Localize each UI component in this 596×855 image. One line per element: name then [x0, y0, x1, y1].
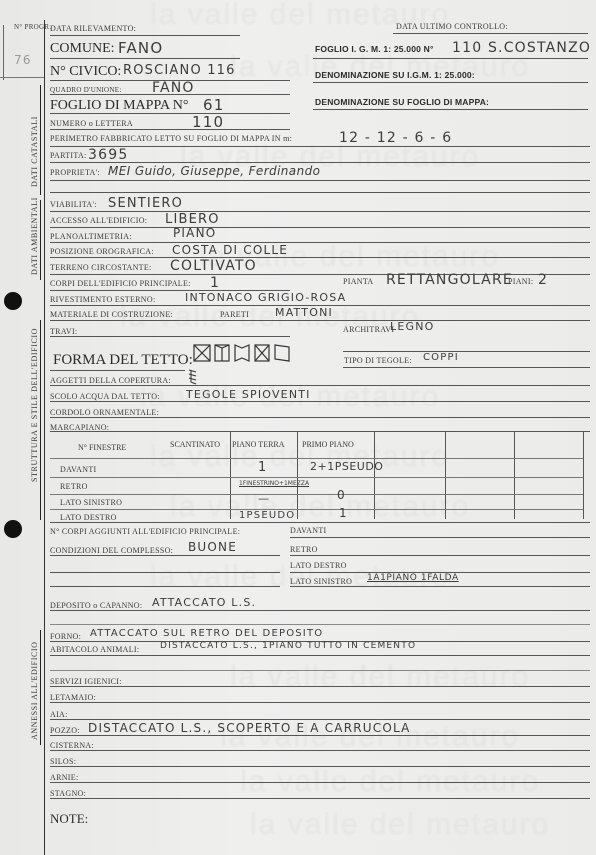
architravi-label: ARCHITRAVI [343, 325, 394, 334]
civico-value: ROSCIANO 116 [123, 63, 236, 78]
pozzo-label: POZZO: [50, 726, 80, 735]
note-label: NOTE: [50, 811, 88, 827]
table-header: PIANO TERRA [232, 440, 285, 449]
silos-label: SILOS: [50, 757, 76, 766]
igm-value: 110 S.COSTANZO [452, 40, 591, 56]
rivestimento-value: INTONACO GRIGIO-ROSA [185, 291, 346, 304]
cisterna-label: CISTERNA: [50, 741, 94, 750]
den-foglio-label: DENOMINAZIONE SU FOGLIO DI MAPPA: [315, 97, 489, 107]
forno-label: FORNO: [50, 632, 81, 641]
civico-label: N° CIVICO: [50, 64, 121, 80]
data-ultimo-controllo-label: DATA ULTIMO CONTROLLO: [396, 22, 508, 31]
posizione-value: COSTA DI COLLE [172, 243, 288, 257]
viabilita-value: SENTIERO [108, 196, 183, 211]
foglio-value: 61 [203, 96, 225, 114]
table-cell: 1FINESTRINO+1MEZZA [239, 480, 309, 487]
proprieta-label: PROPRIETA': [50, 168, 100, 177]
perimetro-value: 12 - 12 - 6 - 6 [339, 130, 452, 146]
data-rilevamento-label: DATA RILEVAMENTO: [50, 24, 136, 33]
accesso-value: LIBERO [165, 212, 220, 227]
section-dati-ambientali: DATI AMBIENTALI [30, 197, 39, 275]
roof-shape-icons [192, 342, 302, 364]
section-dati-catastali: DATI CATASTALI [30, 116, 39, 187]
comune-value: FANO [118, 39, 163, 57]
tegole-label: TIPO DI TEGOLE: [344, 356, 412, 365]
posizione-label: POSIZIONE OROGRAFICA: [50, 247, 154, 256]
table-cell: 2+1PSEUDO [310, 460, 383, 473]
scolo-value: TEGOLE SPIOVENTI [186, 388, 311, 401]
pareti-value: MATTONI [275, 306, 333, 319]
watermark: la valle del metauro [250, 808, 550, 842]
forno-value: ATTACCATO SUL RETRO DEL DEPOSITO [90, 628, 323, 639]
servizi-label: SERVIZI IGIENICI: [50, 677, 122, 686]
table-cell: — [258, 492, 270, 505]
table-header: SCANTINATO [170, 440, 220, 449]
table-cell: 1 [339, 506, 348, 520]
igm-label: FOGLIO I. G. M. 1: 25.000 N° [315, 44, 434, 54]
foglio-label: FOGLIO DI MAPPA N° [50, 98, 189, 114]
terreno-value: COLTIVATO [170, 258, 257, 274]
survey-form-page: la valle del metauro la valle del metaur… [0, 0, 596, 855]
partita-value: 3695 [88, 147, 128, 163]
table-row-label: LATO SINISTRO [60, 498, 122, 507]
n-progr-label: N° PROGR. [14, 23, 42, 32]
watermark: la valle del metauro [170, 490, 470, 524]
abitacolo-label: ABITACOLO ANIMALI: [50, 645, 139, 654]
terreno-label: TERRENO CIRCOSTANTE: [50, 263, 152, 272]
table-row-label: RETRO [60, 482, 88, 491]
aggetti-label: AGGETTI DELLA COPERTURA: [50, 376, 171, 385]
corpi-lato-sinistro-label: LATO SINISTRO [290, 577, 352, 586]
section-struttura: STRUTTURA E STILE DELL'EDIFICIO [30, 328, 39, 482]
corpi-lato-destro-label: LATO DESTRO [290, 561, 347, 570]
roof-shape-butterfly-icon [235, 345, 249, 361]
aggetti-sketch-icon [186, 368, 200, 386]
condizioni-label: CONDIZIONI DEL COMPLESSO: [50, 546, 173, 555]
forma-tetto-label: FORMA DEL TETTO: [53, 352, 193, 369]
corpi-aggiunti-label: N° CORPI AGGIUNTI ALL'EDIFICIO PRINCIPAL… [50, 527, 240, 536]
piani-value: 2 [538, 272, 548, 288]
deposito-label: DEPOSITO o CAPANNO: [50, 601, 142, 610]
table-cell: 1PSEUDO [239, 510, 295, 521]
proprieta-value: MEI Guido, Giuseppe, Ferdinando [108, 164, 320, 178]
punch-hole [4, 520, 22, 538]
travi-label: TRAVI: [50, 327, 77, 336]
aia-label: AIA: [50, 710, 68, 719]
deposito-value: ATTACCATO L.S. [152, 596, 256, 609]
tegole-value: COPPI [423, 352, 459, 363]
pozzo-value: DISTACCATO L.S., SCOPERTO E A CARRUCOLA [88, 721, 411, 735]
table-cell: 0 [337, 488, 346, 502]
corpi-retro-label: RETRO [290, 545, 318, 554]
table-header: PRIMO PIANO [302, 440, 354, 449]
architravi-value: LEGNO [390, 320, 435, 333]
corpi-lato-sinistro-value: 1A1PIANO 1FALDA [367, 573, 459, 583]
den-igm-label: DENOMINAZIONE SU I.G.M. 1: 25.000: [315, 70, 475, 80]
abitacolo-value: DISTACCATO L.S., 1PIANO TUTTO IN CEMENTO [160, 641, 416, 651]
planoaltimetria-value: PIANO [173, 226, 216, 240]
table-cell: 1 [258, 460, 267, 475]
condizioni-value: BUONE [188, 540, 237, 554]
pareti-label: PARETI [220, 310, 249, 319]
corpi-label: CORPI DELL'EDIFICIO PRINCIPALE: [50, 279, 191, 288]
perimetro-label: PERIMETRO FABBRICATO LETTO SU FOGLIO DI … [50, 134, 292, 143]
cordolo-label: CORDOLO ORNAMENTALE: [50, 408, 159, 417]
numero-label: NUMERO o LETTERA [50, 119, 133, 128]
watermark: la valle del metauro [230, 660, 530, 694]
table-row-label: DAVANTI [60, 465, 96, 474]
table-row-label: LATO DESTRO [60, 513, 117, 522]
roof-shape-shed-icon [275, 345, 289, 361]
quadro-label: QUADRO D'UNIONE: [50, 86, 122, 94]
rivestimento-label: RIVESTIMENTO ESTERNO: [50, 295, 155, 304]
accesso-label: ACCESSO ALL'EDIFICIO: [50, 216, 147, 225]
n-progr-value: 76 [14, 53, 32, 67]
pianta-value: RETTANGOLARE [386, 272, 513, 288]
punch-hole [4, 292, 22, 310]
arnie-label: ARNIE: [50, 773, 78, 782]
materiale-label: MATERIALE DI COSTRUZIONE: [50, 310, 173, 319]
partita-label: PARTITA: [50, 151, 87, 160]
viabilita-label: VIABILITA': [50, 200, 97, 209]
corpi-value: 1 [210, 275, 220, 291]
piani-label: PIANI: [508, 277, 533, 286]
section-annessi: ANNESSI ALL'EDIFICIO [30, 641, 39, 740]
letamaio-label: LETAMAIO: [50, 693, 96, 702]
scolo-label: SCOLO ACQUA DAL TETTO: [50, 392, 160, 401]
pianta-label: PIANTA [343, 277, 374, 286]
table-header: N° FINESTRE [78, 443, 126, 452]
corpi-davanti-label: DAVANTI [290, 526, 326, 535]
planoaltimetria-label: PLANOALTIMETRIA: [50, 232, 132, 241]
stagno-label: STAGNO: [50, 789, 86, 798]
comune-label: COMUNE: [50, 41, 115, 57]
